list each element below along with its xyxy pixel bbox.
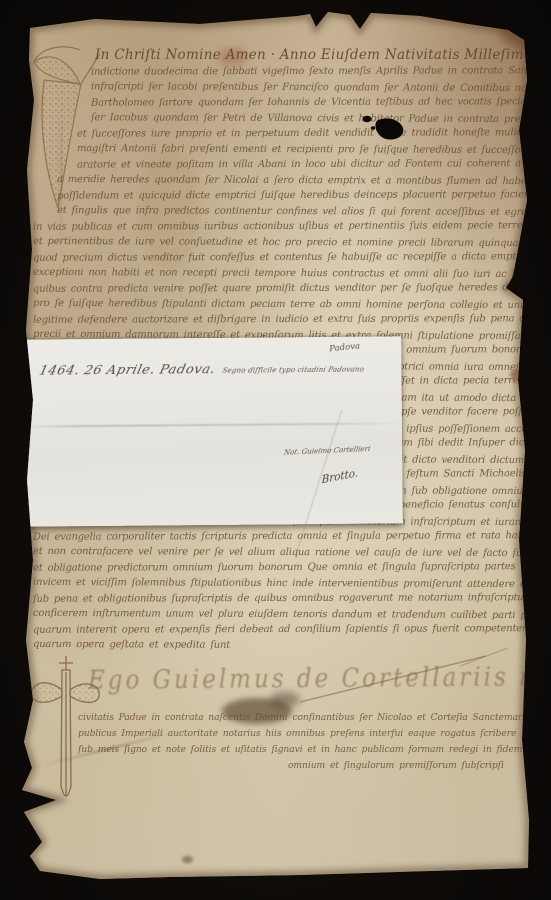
parchment-hole (375, 118, 403, 139)
slip-annotation: Segno difficile typo citadini Padovano (222, 366, 365, 375)
slip-crease (18, 422, 402, 427)
slip-corner-note: Padova (329, 341, 361, 354)
parchment-hole (371, 126, 375, 130)
archival-slip: Padova 1464. 26 Aprile. Padova. Segno di… (17, 336, 403, 526)
parchment-sheet: In Chriſti Nomine Amen · Anno Eiuſdem Na… (0, 0, 551, 900)
photo-stage: In Chriſti Nomine Amen · Anno Eiuſdem Na… (0, 0, 551, 900)
slip-date-note: 1464. 26 Aprile. Padova. (38, 362, 218, 379)
parchment-hole (363, 116, 372, 122)
slip-signature: Brotto. (322, 467, 358, 486)
